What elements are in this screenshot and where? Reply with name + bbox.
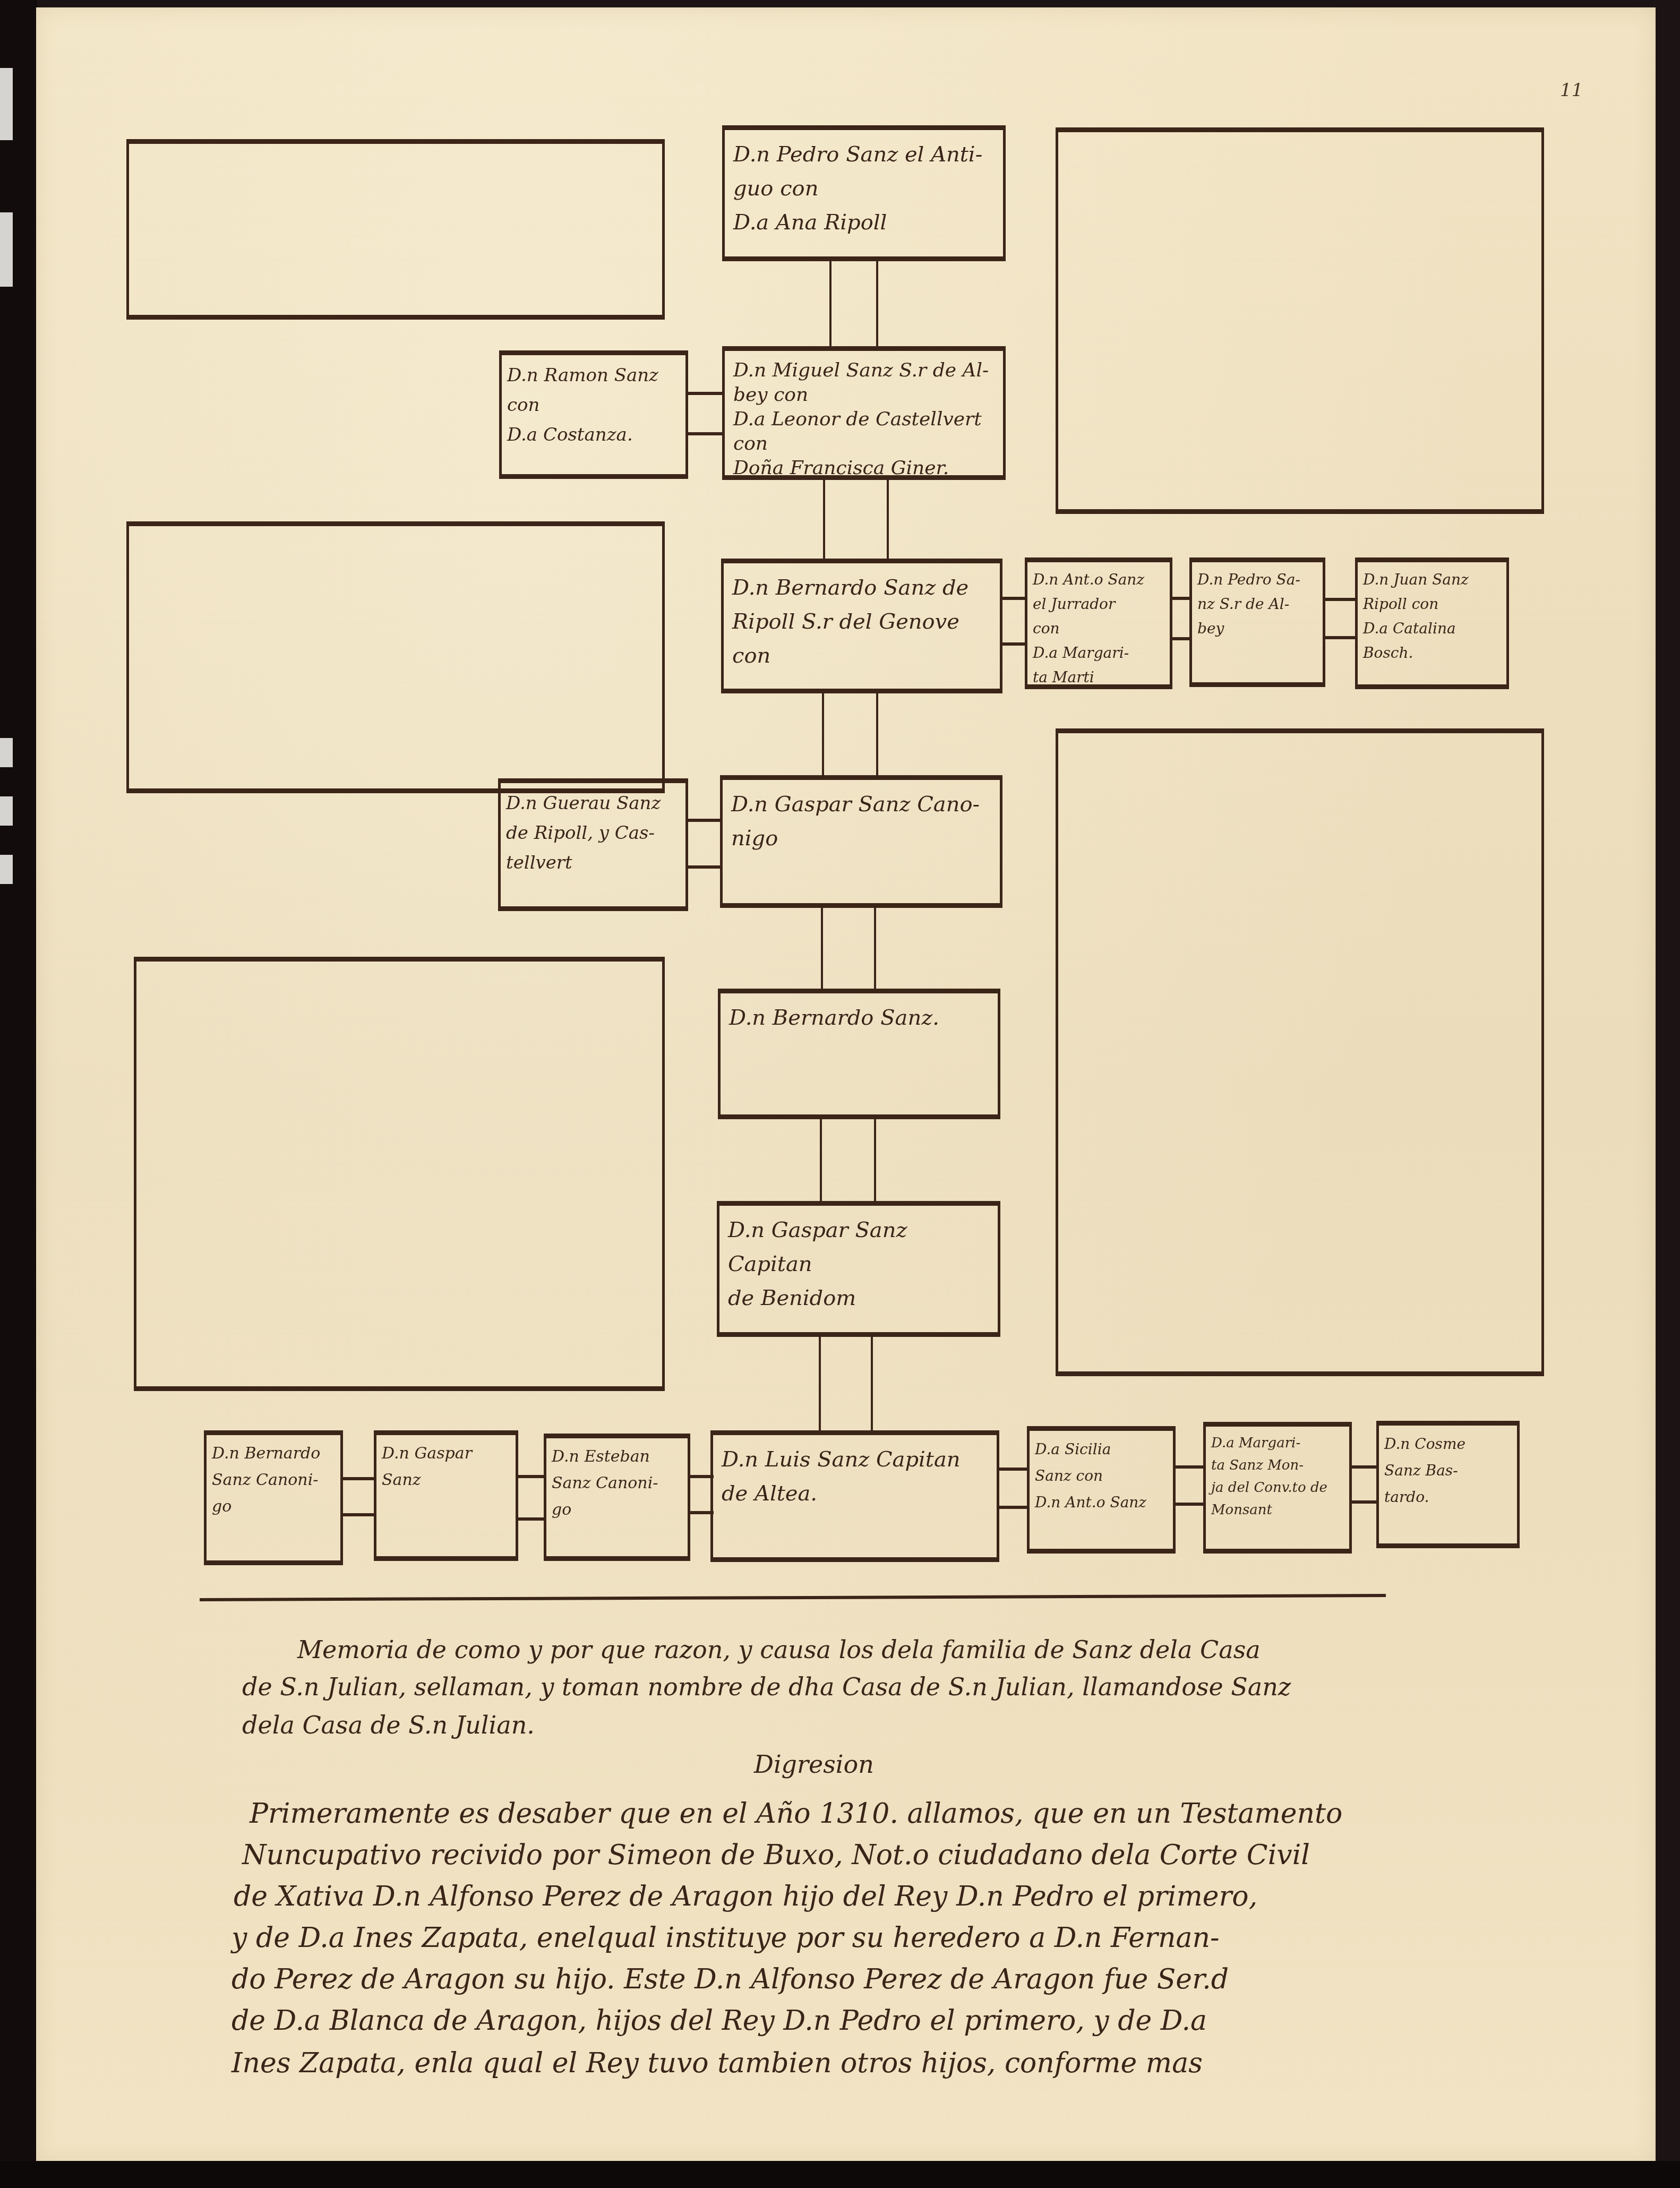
person-box-pedro-sanz-antiguo: D.n Pedro Sanz el Anti- guo con D.a Ana … <box>722 125 1006 261</box>
connector-line <box>829 261 832 346</box>
person-text: D.n Pedro Sa- nz S.r de Al- bey <box>1197 568 1317 641</box>
person-text: D.n Ant.o Sanz el Jurrador con D.a Marga… <box>1033 568 1164 690</box>
connector-line <box>1002 642 1026 646</box>
person-text: D.n Gaspar Sanz Capitan de Benidom <box>728 1213 992 1315</box>
memoria-title-line: dela Casa de S.n Julian. <box>242 1711 535 1739</box>
connector-line <box>876 261 878 346</box>
person-text: D.n Gaspar Sanz <box>382 1440 510 1494</box>
person-text: D.n Ramon Sanz con D.a Costanza. <box>507 361 680 450</box>
person-text: D.n Pedro Sanz el Anti- guo con D.a Ana … <box>733 138 998 239</box>
memoria-title-line: de S.n Julian, sellaman, y toman nombre … <box>242 1672 1291 1701</box>
body-line: do Perez de Aragon su hijo. Este D.n Alf… <box>232 1963 1229 1995</box>
connector-line <box>820 1119 822 1202</box>
person-box-cosme-sanz-bastardo: D.n Cosme Sanz Bas- tardo. <box>1376 1421 1520 1548</box>
connector-line <box>822 693 824 776</box>
person-box-antonio-sanz-jurrador: D.n Ant.o Sanz el Jurrador con D.a Marga… <box>1025 557 1172 689</box>
scan-background <box>0 2161 1680 2188</box>
connector-line <box>1325 598 1356 601</box>
connector-line <box>1176 1465 1204 1469</box>
connector-line <box>874 908 876 990</box>
person-text: D.a Margari- ta Sanz Mon- ja del Conv.to… <box>1211 1432 1344 1521</box>
empty-box-low-left <box>134 957 665 1391</box>
person-box-ramon-sanz: D.n Ramon Sanz con D.a Costanza. <box>499 350 688 479</box>
connector-line <box>999 1468 1027 1471</box>
empty-box-top-right <box>1056 127 1544 514</box>
section-heading: Digresion <box>754 1750 874 1779</box>
person-text: D.a Sicilia Sanz con D.n Ant.o Sanz <box>1035 1436 1168 1516</box>
connector-line <box>1352 1465 1378 1469</box>
connector-line <box>1172 637 1189 640</box>
body-line: de Xativa D.n Alfonso Perez de Aragon hi… <box>234 1881 1257 1912</box>
person-text: D.n Bernardo Sanz de Ripoll S.r del Geno… <box>732 571 995 673</box>
connector-line <box>688 432 722 435</box>
person-box-bernardo-sanz: D.n Bernardo Sanz. <box>718 989 1000 1119</box>
connector-line <box>518 1517 544 1521</box>
connector-line <box>688 819 721 822</box>
person-text: D.n Bernardo Sanz Canoni- go <box>212 1440 335 1520</box>
person-box-margarita-sanz-monja: D.a Margari- ta Sanz Mon- ja del Conv.to… <box>1203 1422 1352 1554</box>
person-text: D.n Miguel Sanz S.r de Al- bey con D.a L… <box>733 358 998 480</box>
connector-line <box>1352 1500 1378 1504</box>
connector-line <box>1325 636 1356 639</box>
person-box-bernardo-sanz-canonigo: D.n Bernardo Sanz Canoni- go <box>204 1430 343 1565</box>
person-box-bernardo-sanz-ripoll: D.n Bernardo Sanz de Ripoll S.r del Geno… <box>721 559 1002 693</box>
person-text: D.n Cosme Sanz Bas- tardo. <box>1384 1431 1512 1511</box>
person-box-luis-sanz-capitan-altea: D.n Luis Sanz Capitan de Altea. <box>710 1430 999 1562</box>
connector-line <box>518 1475 544 1478</box>
person-text: D.n Guerau Sanz de Ripoll, y Cas- tellve… <box>506 788 680 878</box>
connector-line <box>1176 1503 1204 1506</box>
empty-box-mid-right <box>1056 728 1544 1376</box>
page-number: 11 <box>1560 80 1583 101</box>
connector-line <box>688 392 722 395</box>
person-box-gaspar-sanz-capitan-benidom: D.n Gaspar Sanz Capitan de Benidom <box>717 1201 1000 1337</box>
person-text: D.n Luis Sanz Capitan de Altea. <box>722 1443 991 1511</box>
person-box-juan-sanz-ripoll: D.n Juan Sanz Ripoll con D.a Catalina Bo… <box>1355 557 1509 689</box>
calibration-strip <box>0 0 37 2188</box>
body-line: Ines Zapata, enla qual el Rey tuvo tambi… <box>232 2047 1203 2079</box>
connector-line <box>821 908 823 990</box>
body-line: de D.a Blanca de Aragon, hijos del Rey D… <box>232 2005 1207 2037</box>
body-line: Nuncupativo recivido por Simeon de Buxo,… <box>242 1839 1310 1871</box>
connector-line <box>343 1513 374 1516</box>
person-box-sicilia-sanz: D.a Sicilia Sanz con D.n Ant.o Sanz <box>1027 1426 1176 1554</box>
person-box-pedro-sanz-albey: D.n Pedro Sa- nz S.r de Al- bey <box>1189 557 1325 687</box>
connector-line <box>823 480 825 561</box>
person-box-esteban-sanz-canonigo: D.n Esteban Sanz Canoni- go <box>544 1434 690 1561</box>
person-text: D.n Esteban Sanz Canoni- go <box>552 1444 682 1523</box>
person-text: D.n Gaspar Sanz Cano- nigo <box>731 787 995 855</box>
person-box-gaspar-sanz: D.n Gaspar Sanz <box>374 1430 518 1561</box>
person-text: D.n Juan Sanz Ripoll con D.a Catalina Bo… <box>1363 568 1501 665</box>
connector-line <box>874 1119 876 1202</box>
body-line: y de D.a Ines Zapata, enelqual instituye… <box>232 1922 1219 1954</box>
empty-box-top-left <box>126 139 665 320</box>
person-text: D.n Bernardo Sanz. <box>729 1001 992 1035</box>
person-box-guerau-sanz: D.n Guerau Sanz de Ripoll, y Cas- tellve… <box>498 778 688 911</box>
connector-line <box>819 1337 821 1431</box>
connector-line <box>999 1506 1027 1509</box>
person-box-miguel-sanz: D.n Miguel Sanz S.r de Al- bey con D.a L… <box>722 346 1006 480</box>
connector-line <box>887 480 889 561</box>
empty-box-mid-left <box>126 521 665 793</box>
connector-line <box>1002 597 1026 600</box>
person-box-gaspar-sanz-canonigo: D.n Gaspar Sanz Cano- nigo <box>720 775 1002 908</box>
connector-line <box>1172 597 1189 600</box>
connector-line <box>871 1337 873 1431</box>
memoria-title-line: Memoria de como y por que razon, y causa… <box>297 1635 1261 1664</box>
connector-line <box>688 865 721 869</box>
body-line: Primeramente es desaber que en el Año 13… <box>250 1798 1342 1830</box>
connector-line <box>876 693 878 776</box>
connector-line <box>343 1477 374 1480</box>
